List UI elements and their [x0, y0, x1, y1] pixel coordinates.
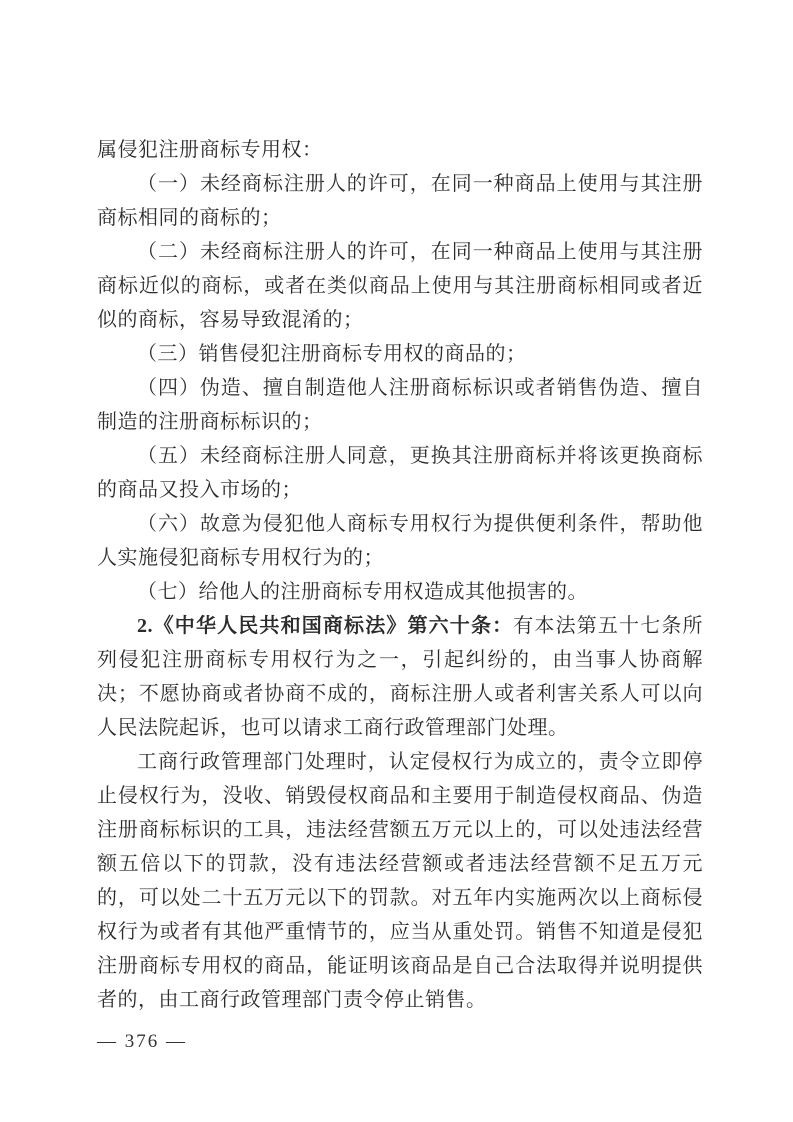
paragraph-item-5: （五）未经商标注册人同意，更换其注册商标并将该更换商标的商品又投入市场的；	[97, 439, 703, 507]
paragraph-enforcement: 工商行政管理部门处理时，认定侵权行为成立的，责令立即停止侵权行为，没收、销毁侵权…	[97, 745, 703, 1017]
paragraph-continuation: 属侵犯注册商标专用权：	[97, 133, 703, 167]
document-page: 属侵犯注册商标专用权： （一）未经商标注册人的许可，在同一种商品上使用与其注册商…	[0, 0, 793, 1122]
paragraph-item-4: （四）伪造、擅自制造他人注册商标标识或者销售伪造、擅自制造的注册商标标识的；	[97, 371, 703, 439]
paragraph-item-1: （一）未经商标注册人的许可，在同一种商品上使用与其注册商标相同的商标的；	[97, 167, 703, 235]
paragraph-item-6: （六）故意为侵犯他人商标专用权行为提供便利条件，帮助他人实施侵犯商标专用权行为的…	[97, 507, 703, 575]
document-body: 属侵犯注册商标专用权： （一）未经商标注册人的许可，在同一种商品上使用与其注册商…	[97, 133, 703, 1017]
paragraph-item-2: （二）未经商标注册人的许可，在同一种商品上使用与其注册商标近似的商标，或者在类似…	[97, 235, 703, 337]
page-number: — 376 —	[97, 1028, 187, 1056]
article-60-heading: 2.《中华人民共和国商标法》第六十条：	[137, 615, 513, 637]
paragraph-item-7: （七）给他人的注册商标专用权造成其他损害的。	[97, 575, 703, 609]
paragraph-article-60: 2.《中华人民共和国商标法》第六十条：有本法第五十七条所列侵犯注册商标专用权行为…	[97, 609, 703, 745]
paragraph-item-3: （三）销售侵犯注册商标专用权的商品的；	[97, 337, 703, 371]
